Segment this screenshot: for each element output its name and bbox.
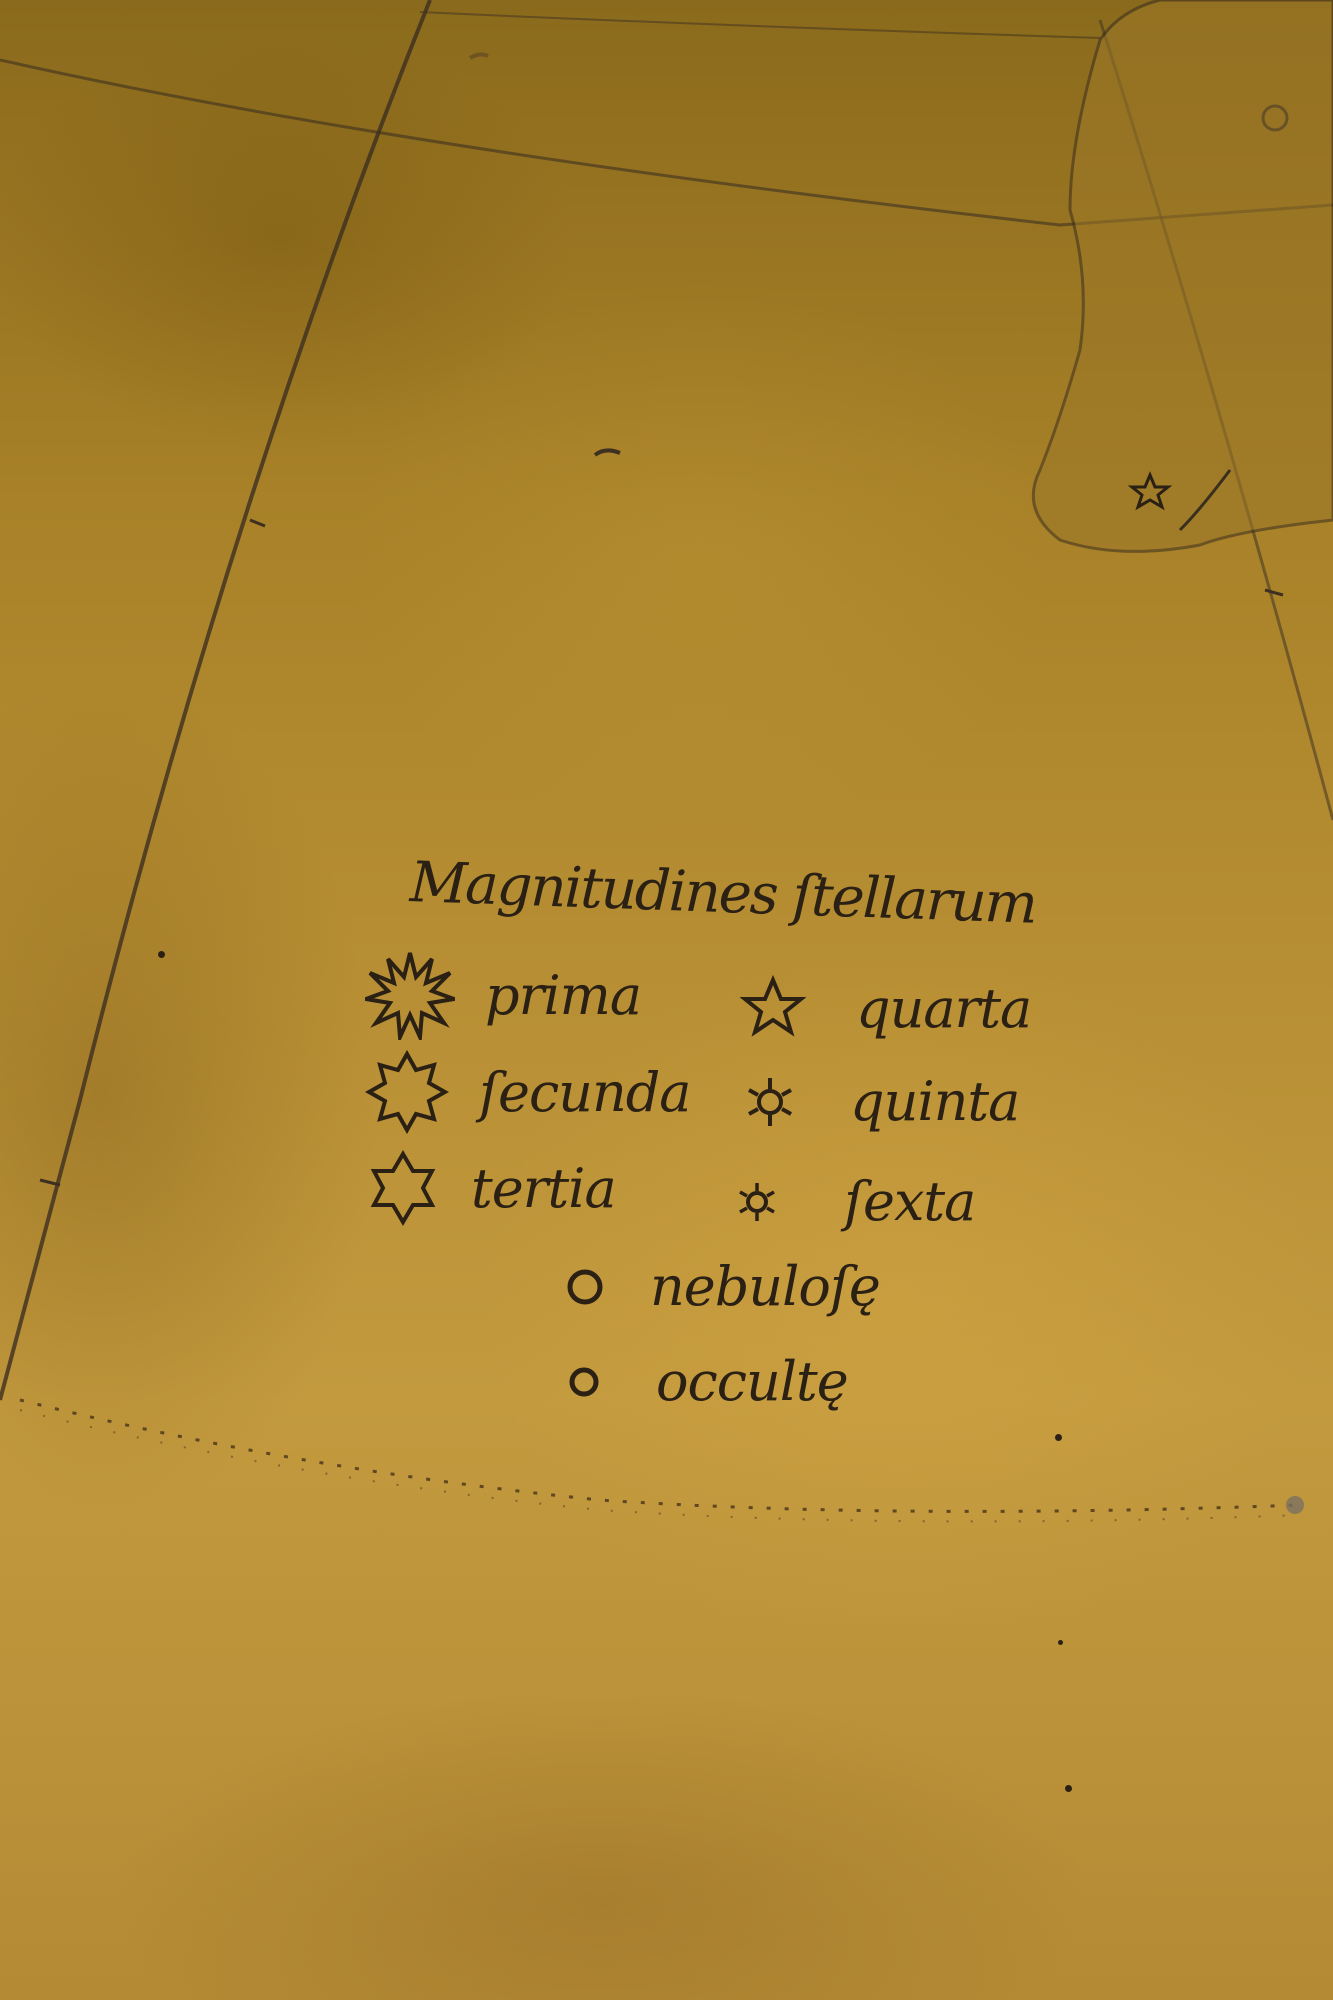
legend-entry-quinta: quinta [740, 1070, 1019, 1133]
legend-label: nebuloſę [650, 1255, 880, 1318]
ink-dot [158, 951, 165, 958]
small-rayed-star-icon [740, 1072, 800, 1132]
legend-label: ſecunda [479, 1061, 691, 1124]
eight-point-star-icon [365, 1050, 449, 1134]
star-magnitude-legend: Magnitudines ſtellarum prima ſecunda ter… [370, 850, 1070, 1470]
legend-entry-occulte: occultę [567, 1350, 848, 1413]
ink-dot [1058, 1640, 1063, 1645]
smallest-rayed-star-icon [730, 1175, 784, 1229]
legend-label: quarta [856, 977, 1031, 1040]
legend-entry-tertia: tertia [365, 1150, 616, 1226]
constellation-figure-foot [1033, 0, 1333, 551]
legend-label: tertia [471, 1157, 616, 1220]
legend-entry-prima: prima [365, 950, 641, 1040]
legend-label: occultę [656, 1350, 848, 1413]
open-circle-icon [565, 1267, 605, 1307]
legend-entry-sexta: ſexta [730, 1170, 975, 1233]
five-point-star-icon [740, 975, 806, 1041]
legend-entry-nebulose: nebuloſę [565, 1255, 880, 1318]
legend-label: ſexta [844, 1170, 975, 1233]
legend-label: prima [485, 964, 641, 1027]
legend-entry-quarta: quarta [740, 975, 1031, 1041]
six-point-star-icon [365, 1150, 441, 1226]
legend-title: Magnitudines ſtellarum [409, 850, 1037, 937]
twelve-point-burst-star-icon [365, 950, 455, 1040]
small-open-circle-icon [567, 1365, 601, 1399]
ink-dot [1065, 1785, 1072, 1792]
legend-entry-secunda: ſecunda [365, 1050, 691, 1134]
legend-label: quinta [850, 1070, 1019, 1133]
